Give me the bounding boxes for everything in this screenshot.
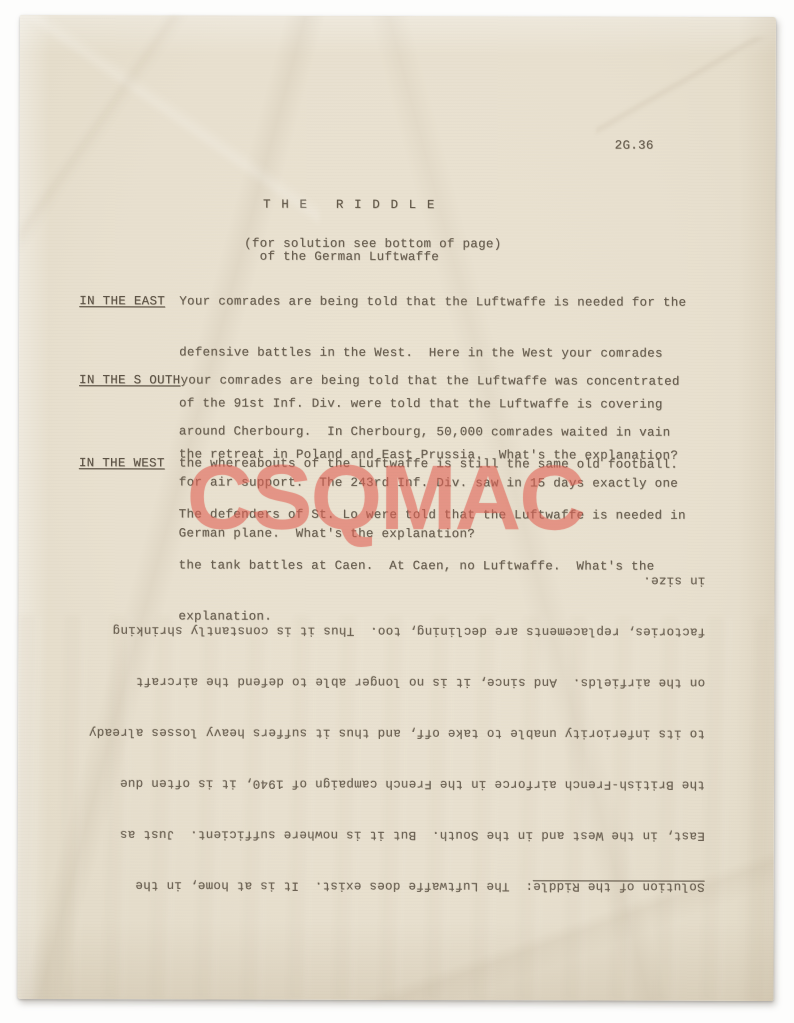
section-heading-box: IN THE EAST (79, 293, 179, 310)
paragraph-line: IN THE S OUTHyour comrades are being tol… (79, 372, 729, 391)
solution-line: factories, replacements are declining, t… (73, 621, 705, 640)
solution-line: Solution of the Riddle: The Luftwaffe do… (73, 876, 705, 895)
solution-heading: Solution of the Riddle (533, 879, 705, 893)
section-heading: IN THE WEST (79, 456, 165, 470)
paragraph-line: IN THE EASTYour comrades are being told … (79, 293, 729, 312)
solution-line: the British-French airforce in the Frenc… (73, 774, 705, 793)
watermark: CSQMAC (187, 447, 584, 548)
document-page: 2G.36 T H E R I D D L E of the German Lu… (17, 15, 776, 1001)
page-title: T H E R I D D L E (19, 196, 679, 215)
solution-block-upside-down: Solution of the Riddle: The Luftwaffe do… (73, 536, 706, 929)
solution-line: in size. (74, 570, 706, 589)
section-heading: IN THE S OUTH (79, 373, 180, 387)
solution-text: : The Luftwaffe does exist. It is at hom… (135, 878, 533, 893)
scan-background: 2G.36 T H E R I D D L E of the German Lu… (0, 0, 794, 1023)
solution-line: to its inferiority unable to take off, a… (73, 723, 705, 742)
section-heading-box: IN THE S OUTH (79, 372, 180, 389)
solution-note-text: (for solution see bottom of page) (244, 237, 501, 252)
section-heading: IN THE EAST (79, 294, 165, 308)
solution-line: on the airfields. And since, it is no lo… (73, 672, 705, 691)
paragraph-text: Your comrades are being told that the Lu… (179, 294, 686, 309)
section-heading-box: IN THE WEST (79, 455, 179, 472)
solution-line: East, in the West and in the South. But … (73, 825, 705, 844)
reference-number: 2G.36 (615, 138, 654, 155)
paragraph-text: your comrades are being told that the Lu… (180, 373, 679, 388)
